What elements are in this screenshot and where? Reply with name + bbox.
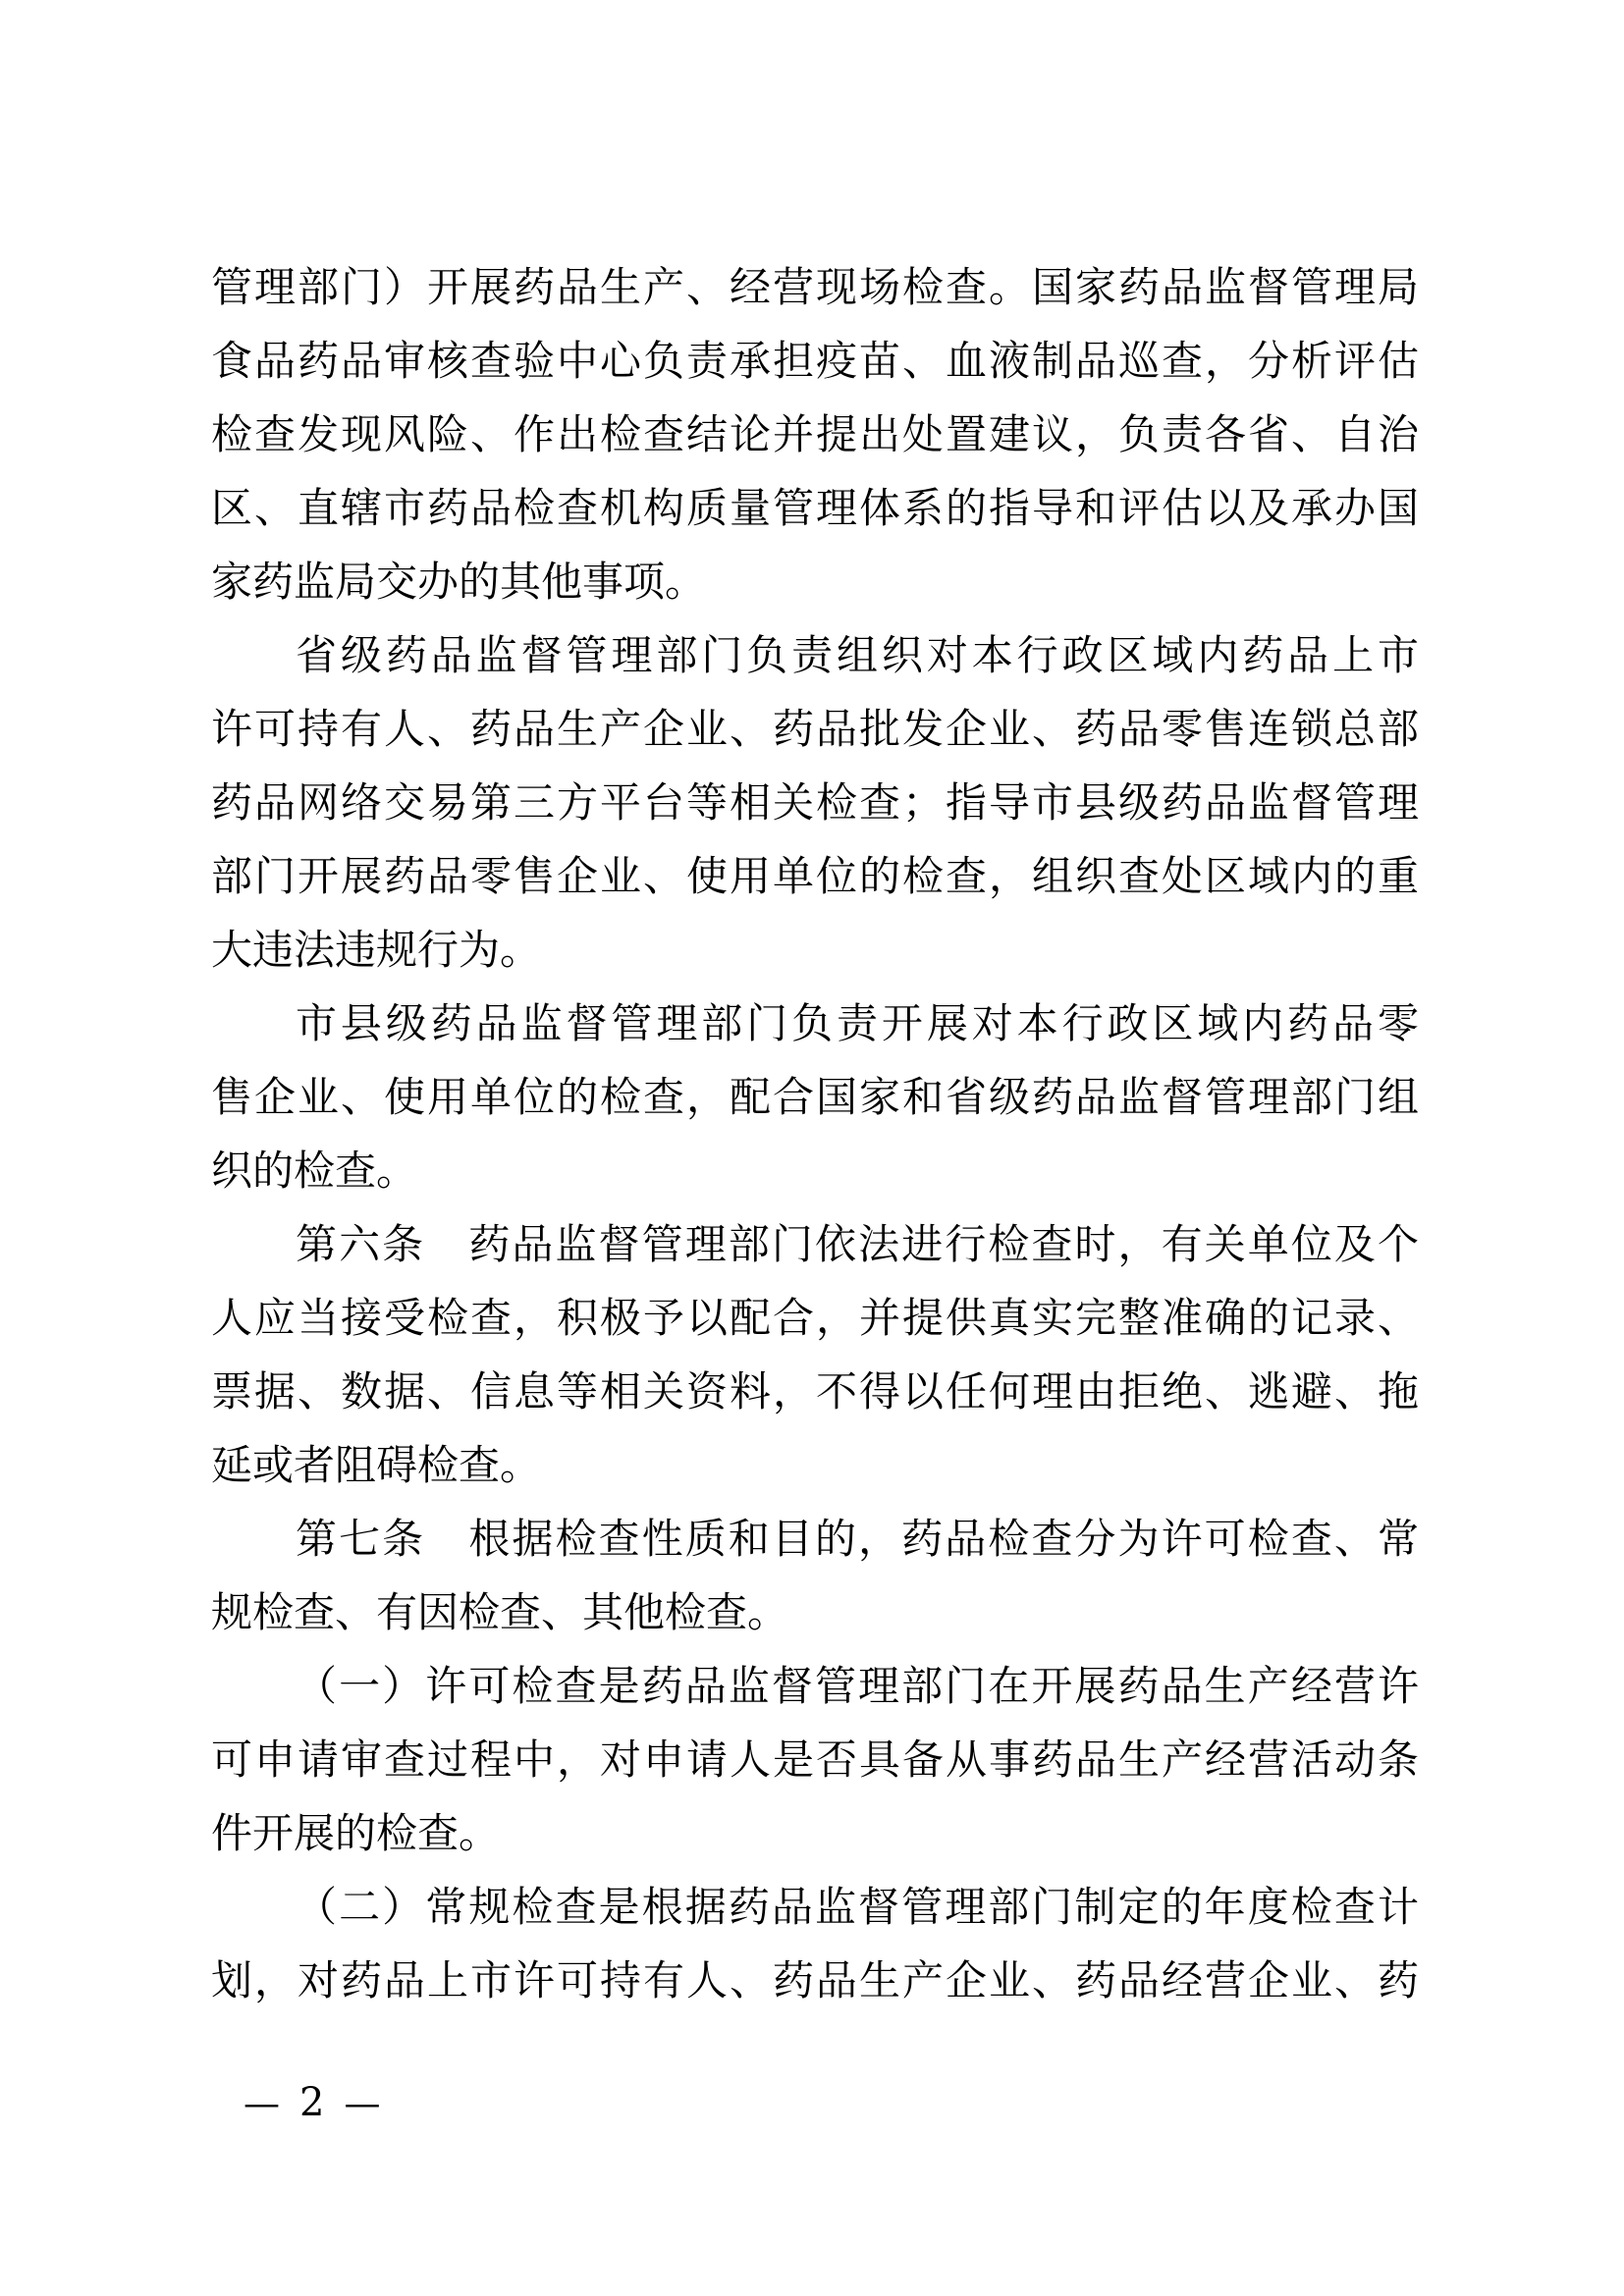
text-line: 部门开展药品零售企业、使用单位的检查，组织查处区域内的重 [211,839,1419,913]
text-line: 管理部门）开展药品生产、经营现场检查。国家药品监督管理局 [211,250,1419,324]
text-line: 省级药品监督管理部门负责组织对本行政区域内药品上市 [211,618,1419,692]
text-line: 可申请审查过程中，对申请人是否具备从事药品生产经营活动条 [211,1723,1419,1796]
text-line: （二）常规检查是根据药品监督管理部门制定的年度检查计 [211,1870,1419,1944]
page-number: 2 [299,2080,324,2125]
document-text-block: 管理部门）开展药品生产、经营现场检查。国家药品监督管理局 食品药品审核查验中心负… [211,250,1419,2017]
text-line: 人应当接受检查，积极予以配合，并提供真实完整准确的记录、 [211,1281,1419,1355]
text-line: 许可持有人、药品生产企业、药品批发企业、药品零售连锁总部 [211,692,1419,766]
footer-dash-right: — [344,2082,380,2124]
text-line: （一）许可检查是药品监督管理部门在开展药品生产经营许 [211,1649,1419,1723]
text-line: 织的检查。 [211,1134,1419,1207]
text-line: 大违法违规行为。 [211,913,1419,987]
text-line: 件开展的检查。 [211,1796,1419,1870]
text-line: 检查发现风险、作出检查结论并提出处置建议，负责各省、自治 [211,398,1419,471]
text-line: 售企业、使用单位的检查，配合国家和省级药品监督管理部门组 [211,1060,1419,1134]
text-line: 药品网络交易第三方平台等相关检查；指导市县级药品监督管理 [211,766,1419,839]
text-line: 市县级药品监督管理部门负责开展对本行政区域内药品零 [211,987,1419,1060]
page-footer: — 2 — [244,2073,380,2132]
text-line: 第六条 药品监督管理部门依法进行检查时，有关单位及个 [211,1207,1419,1281]
document-page: 管理部门）开展药品生产、经营现场检查。国家药品监督管理局 食品药品审核查验中心负… [0,0,1624,2296]
text-line: 家药监局交办的其他事项。 [211,545,1419,618]
footer-dash-left: — [244,2082,280,2124]
text-line: 第七条 根据检查性质和目的，药品检查分为许可检查、常 [211,1502,1419,1575]
text-line: 划，对药品上市许可持有人、药品生产企业、药品经营企业、药 [211,1944,1419,2017]
text-line: 规检查、有因检查、其他检查。 [211,1575,1419,1649]
text-line: 票据、数据、信息等相关资料，不得以任何理由拒绝、逃避、拖 [211,1355,1419,1428]
text-line: 延或者阻碍检查。 [211,1428,1419,1502]
text-line: 食品药品审核查验中心负责承担疫苗、血液制品巡查，分析评估 [211,324,1419,398]
text-line: 区、直辖市药品检查机构质量管理体系的指导和评估以及承办国 [211,471,1419,545]
